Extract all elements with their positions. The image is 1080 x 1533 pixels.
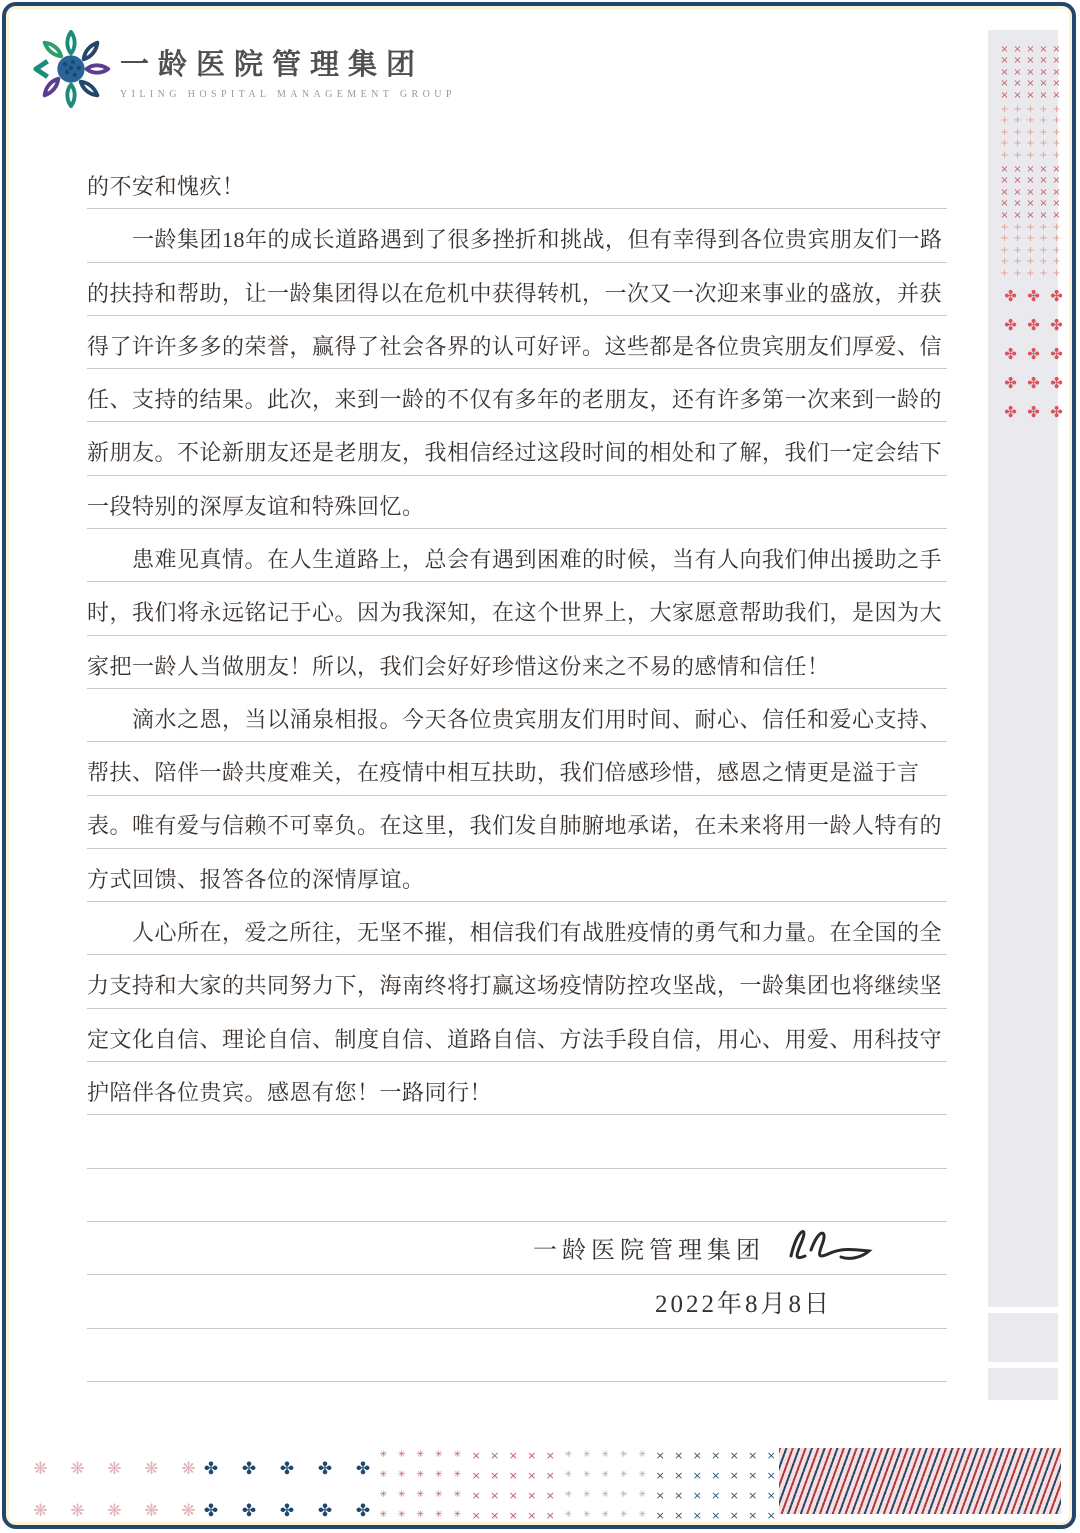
letter-line: 方式回馈、报答各位的深情厚谊。 [87,849,947,902]
company-logo-icon [30,28,112,110]
letter-line: 一段特别的深厚友谊和特殊回忆。 [87,476,947,529]
letter-date: 2022年8月8日 [655,1290,832,1320]
date-line: 2022年8月8日 [87,1275,947,1328]
x-glyph-grid: ×××××××××××××××××××× [467,1445,560,1525]
cross-glyph-grid: ✤✤✤✤✤✤✤✤✤✤ [192,1448,382,1532]
x-glyph-grid: ×××××××××××××××××××××××××××× [651,1445,781,1525]
plus-glyph-grid: +++++++++++++++++++++++++ [998,104,1063,162]
letter-line: 定文化自信、理论自信、制度自信、道路自信、方法手段自信，用心、用爱、用科技守 [87,1009,947,1062]
brand-block: 一龄医院管理集团 YILING HOSPITAL MANAGEMENT GROU… [120,42,456,100]
company-name-en: YILING HOSPITAL MANAGEMENT GROUP [120,89,456,100]
right-decoration-block [988,1313,1058,1362]
cross-glyph-grid: ✤✤✤✤✤✤✤✤✤✤✤✤✤✤✤ [999,282,1068,427]
letter-line: 人心所在，爱之所往，无坚不摧，相信我们有战胜疫情的勇气和力量。在全国的全 [87,902,947,955]
company-name: 一龄医院管理集团 [120,42,456,83]
letter-line-empty [87,1115,947,1168]
letter-line: 一龄集团18年的成长道路遇到了很多挫折和挑战，但有幸得到各位贵宾朋友们一路 [87,209,947,262]
x-glyph-grid: ××××××××××××××××××××××××× [998,44,1063,102]
letter-line: 帮扶、陪伴一龄共度难关，在疫情中相互扶助，我们倍感珍惜，感恩之情更是溢于言 [87,742,947,795]
right-decoration-block [988,1368,1058,1400]
letter-line: 任、支持的结果。此次，来到一龄的不仅有多年的老朋友，还有许多第一次来到一龄的 [87,369,947,422]
asterisk-glyph-grid: ✳✳✳✳✳✳✳✳✳✳✳✳✳✳✳✳✳✳✳✳ [559,1445,652,1525]
letter-line-empty [87,1169,947,1222]
signature-org: 一龄医院管理集团 [533,1237,765,1266]
letter-body: 的不安和愧疚！ 一龄集团18年的成长道路遇到了很多挫折和挑战，但有幸得到各位贵宾… [87,156,947,1382]
plus-glyph-grid: +++++++++++++++++++++++++ [998,222,1063,280]
letter-page: 一龄医院管理集团 YILING HOSPITAL MANAGEMENT GROU… [2,2,1076,1529]
letter-line: 的不安和愧疚！ [87,156,947,209]
letter-line: 时，我们将永远铭记于心。因为我深知，在这个世界上，大家愿意帮助我们，是因为大 [87,582,947,635]
letter-line: 的扶持和帮助，让一龄集团得以在危机中获得转机，一次又一次迎来事业的盛放，并获 [87,263,947,316]
letter-line: 力支持和大家的共同努力下，海南终将打赢这场疫情防控攻坚战，一龄集团也将继续坚 [87,955,947,1008]
letter-line: 得了许许多多的荣誉，赢得了社会各界的认可好评。这些都是各位贵宾朋友们厚爱、信 [87,316,947,369]
bottom-decoration-band: ❋❋❋❋❋❋❋❋❋❋✤✤✤✤✤✤✤✤✤✤✳✳✳✳✳✳✳✳✳✳✳✳✳✳✳✳✳✳✳✳… [6,1442,1078,1530]
header: 一龄医院管理集团 YILING HOSPITAL MANAGEMENT GROU… [30,28,456,110]
diagonal-stripes [779,1448,1061,1514]
x-glyph-grid: ××××××××××××××××××××××××× [998,164,1063,222]
letter-line: 患难见真情。在人生道路上，总会有遇到困难的时候，当有人向我们伸出援助之手 [87,529,947,582]
right-decoration-panel: ×××××××××××××××××××××××××+++++++++++++++… [988,30,1058,1307]
letter-line: 护陪伴各位贵宾。感恩有您！一路同行！ [87,1062,947,1115]
letter-line: 表。唯有爱与信赖不可辜负。在这里，我们发自肺腑地承诺，在未来将用一龄人特有的 [87,796,947,849]
letter-line: 新朋友。不论新朋友还是老朋友，我相信经过这段时间的相处和了解，我们一定会结下 [87,422,947,475]
starburst-glyph-grid: ❋❋❋❋❋❋❋❋❋❋ [22,1448,207,1532]
letter-line: 滴水之恩，当以涌泉相报。今天各位贵宾朋友们用时间、耐心、信任和爱心支持、 [87,689,947,742]
right-glyph-pattern: ×××××××××××××××××××××××××+++++++++++++++… [988,30,1058,450]
letter-line-empty [87,1329,947,1382]
asterisk-glyph-grid: ✳✳✳✳✳✳✳✳✳✳✳✳✳✳✳✳✳✳✳✳ [374,1445,467,1525]
signature-scribble [781,1220,877,1270]
signature-line: 一龄医院管理集团 [87,1222,947,1275]
letter-line: 家把一龄人当做朋友！所以，我们会好好珍惜这份来之不易的感情和信任！ [87,636,947,689]
